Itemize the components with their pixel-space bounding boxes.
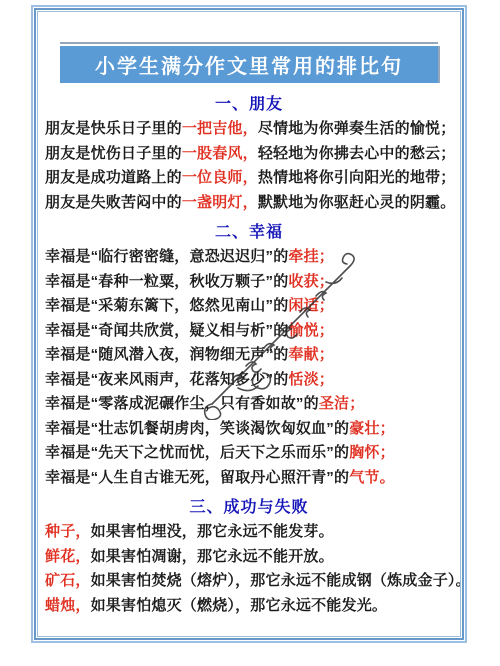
text-segment: 如果害怕凋谢，那它永远不能开放。	[91, 548, 334, 565]
sentence-line: 朋友是忧伤日子里的一股春风，轻轻地为你拂去心中的愁云；	[45, 142, 453, 167]
text-segment: 如果害怕焚烧（熔炉），那它永远不能成钢（炼成金子）。	[91, 572, 461, 589]
sentence-line: 蜡烛，如果害怕熄灭（燃烧），那它永远不能发光。	[45, 594, 453, 619]
sentence-line: 幸福是“临行密密缝，意恐迟迟归”的牵挂；	[45, 245, 453, 270]
highlight-phrase: 牵挂；	[288, 248, 334, 265]
highlight-phrase: 一盏明灯，	[182, 194, 258, 211]
page-frame-outer: 小学生满分作文里常用的排比句 一、朋友朋友是快乐日子里的一把吉他，尽情地为你弹奏…	[31, 5, 467, 643]
banner-top-rule	[60, 42, 438, 44]
text-segment: 幸福是“零落成泥碾作尘，只有香如故”的	[45, 395, 319, 412]
sentence-line: 朋友是成功道路上的一位良师，热情地将你引向阳光的地带；	[45, 166, 453, 191]
text-segment: 朋友是快乐日子里的	[45, 120, 182, 137]
text-segment: 轻轻地为你拂去心中的愁云；	[258, 145, 456, 162]
sections-container: 一、朋友朋友是快乐日子里的一把吉他，尽情地为你弹奏生活的愉悦；朋友是忧伤日子里的…	[45, 93, 453, 618]
highlight-phrase: 胸怀；	[349, 444, 395, 461]
page-frame-inner: 小学生满分作文里常用的排比句 一、朋友朋友是快乐日子里的一把吉他，尽情地为你弹奏…	[37, 11, 461, 637]
text-segment: 如果害怕埋没，那它永远不能发芽。	[91, 523, 334, 540]
page-title: 小学生满分作文里常用的排比句	[95, 50, 403, 79]
text-segment: 幸福是“壮志饥餐胡虏肉，笑谈渴饮匈奴血”的	[45, 420, 349, 437]
highlight-phrase: 豪壮；	[349, 420, 395, 437]
highlight-phrase: 一把吉他，	[182, 120, 258, 137]
sentence-line: 幸福是“春种一粒粟，秋收万颗子”的收获；	[45, 270, 453, 295]
title-banner: 小学生满分作文里常用的排比句	[60, 42, 438, 83]
highlight-phrase: 气节。	[349, 469, 395, 486]
highlight-phrase: 闲适；	[288, 297, 334, 314]
text-segment: 幸福是“采菊东篱下，悠然见南山”的	[45, 297, 288, 314]
banner-background: 小学生满分作文里常用的排比句	[60, 46, 438, 83]
highlight-phrase: 收获；	[288, 273, 334, 290]
text-segment: 默默地为你驱赶心灵的阴霾。	[258, 194, 456, 211]
highlight-phrase: 一位良师，	[182, 169, 258, 186]
document-page: { "title": { "text": "小学生满分作文里常用的排比句" },…	[0, 0, 500, 666]
sentence-line: 幸福是“先天下之忧而忧，后天下之乐而乐”的胸怀；	[45, 441, 453, 466]
text-segment: 尽情地为你弹奏生活的愉悦；	[258, 120, 456, 137]
section-heading: 三、成功与失败	[45, 496, 453, 520]
highlight-phrase: 奉献；	[288, 346, 334, 363]
text-segment: 幸福是“临行密密缝，意恐迟迟归”的	[45, 248, 288, 265]
sentence-line: 矿石，如果害怕焚烧（熔炉），那它永远不能成钢（炼成金子）。	[45, 569, 453, 594]
sentence-line: 朋友是失败苦闷中的一盏明灯，默默地为你驱赶心灵的阴霾。	[45, 191, 453, 216]
text-segment: 幸福是“随风潜入夜，润物细无声”的	[45, 346, 288, 363]
sentence-line: 种子，如果害怕埋没，那它永远不能发芽。	[45, 520, 453, 545]
text-segment: 朋友是忧伤日子里的	[45, 145, 182, 162]
highlight-phrase: 种子，	[45, 523, 91, 540]
text-segment: 幸福是“夜来风雨声，花落知多少”的	[45, 371, 288, 388]
page-frame-middle: 小学生满分作文里常用的排比句 一、朋友朋友是快乐日子里的一把吉他，尽情地为你弹奏…	[34, 8, 464, 640]
sentence-line: 鲜花，如果害怕凋谢，那它永远不能开放。	[45, 545, 453, 570]
section-heading: 二、幸福	[45, 221, 453, 245]
sentence-line: 幸福是“采菊东篱下，悠然见南山”的闲适；	[45, 294, 453, 319]
sentence-line: 幸福是“人生自古谁无死，留取丹心照汗青”的气节。	[45, 466, 453, 491]
text-segment: 如果害怕熄灭（燃烧），那它永远不能发光。	[91, 597, 388, 614]
highlight-phrase: 鲜花，	[45, 548, 91, 565]
text-segment: 朋友是成功道路上的	[45, 169, 182, 186]
section-heading: 一、朋友	[45, 93, 453, 117]
highlight-phrase: 愉悦；	[288, 322, 334, 339]
highlight-phrase: 恬淡；	[288, 371, 334, 388]
sentence-line: 幸福是“零落成泥碾作尘，只有香如故”的圣洁；	[45, 392, 453, 417]
sentence-line: 幸福是“随风潜入夜，润物细无声”的奉献；	[45, 343, 453, 368]
sentence-line: 幸福是“夜来风雨声，花落知多少”的恬淡；	[45, 368, 453, 393]
text-segment: 朋友是失败苦闷中的	[45, 194, 182, 211]
sentence-line: 幸福是“奇闻共欣赏，疑义相与析”的愉悦；	[45, 319, 453, 344]
sentence-line: 幸福是“壮志饥餐胡虏肉，笑谈渴饮匈奴血”的豪壮；	[45, 417, 453, 442]
text-segment: 幸福是“先天下之忧而忧，后天下之乐而乐”的	[45, 444, 349, 461]
highlight-phrase: 蜡烛，	[45, 597, 91, 614]
text-segment: 幸福是“人生自古谁无死，留取丹心照汗青”的	[45, 469, 349, 486]
highlight-phrase: 矿石，	[45, 572, 91, 589]
text-segment: 幸福是“春种一粒粟，秋收万颗子”的	[45, 273, 288, 290]
text-segment: 热情地将你引向阳光的地带；	[258, 169, 456, 186]
highlight-phrase: 一股春风，	[182, 145, 258, 162]
sentence-line: 朋友是快乐日子里的一把吉他，尽情地为你弹奏生活的愉悦；	[45, 117, 453, 142]
text-segment: 幸福是“奇闻共欣赏，疑义相与析”的	[45, 322, 288, 339]
highlight-phrase: 圣洁；	[319, 395, 365, 412]
